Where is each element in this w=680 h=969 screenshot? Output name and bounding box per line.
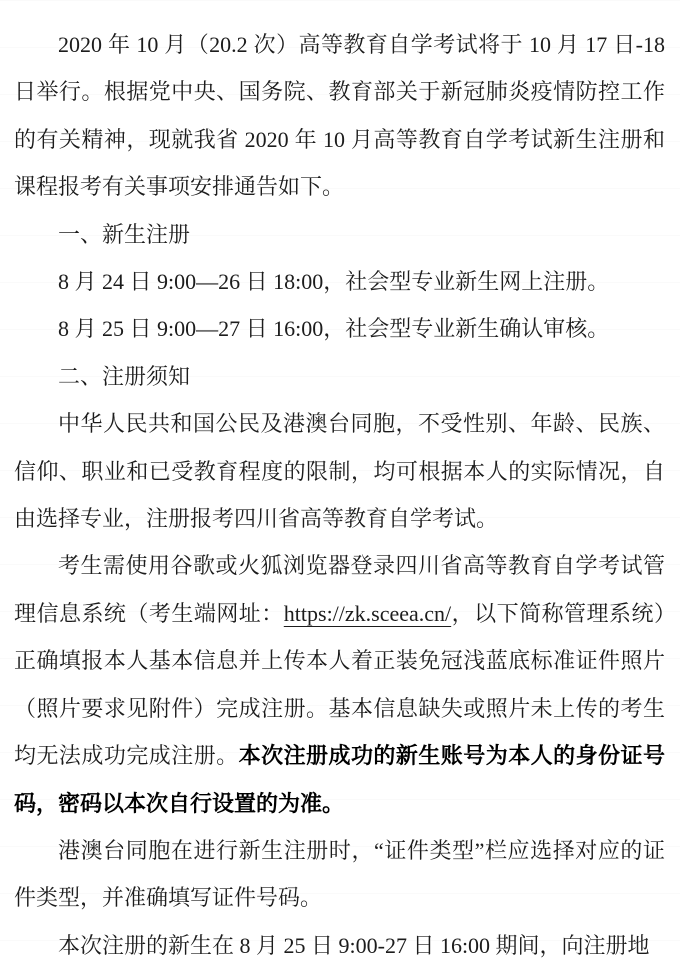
section-1-heading: 一、新生注册 <box>14 211 665 258</box>
paragraph-registration-process: 考生需使用谷歌或火狐浏览器登录四川省高等教育自学考试管理信息系统（考生端网址：h… <box>14 542 665 826</box>
section-2-heading-text: 二、注册须知 <box>58 364 190 389</box>
paragraph-hmt-certificate: 港澳台同胞在进行新生注册时，“证件类型”栏应选择对应的证件类型，并准确填写证件号… <box>14 827 665 922</box>
intro-text: 2020 年 10 月（20.2 次）高等教育自学考试将于 10 月 17 日-… <box>14 32 665 199</box>
paragraph-confirmation-review-window: 8 月 25 日 9:00—27 日 16:00，社会型专业新生确认审核。 <box>14 305 665 352</box>
paragraph-online-registration-window: 8 月 24 日 9:00—26 日 18:00，社会型专业新生网上注册。 <box>14 258 665 305</box>
section-2-heading: 二、注册须知 <box>14 353 665 400</box>
eligibility-text: 中华人民共和国公民及港澳台同胞，不受性别、年龄、民族、信仰、职业和已受教育程度的… <box>14 411 665 531</box>
paragraph-eligibility: 中华人民共和国公民及港澳台同胞，不受性别、年龄、民族、信仰、职业和已受教育程度的… <box>14 400 665 542</box>
online-registration-window-text: 8 月 24 日 9:00—26 日 18:00，社会型专业新生网上注册。 <box>58 269 609 294</box>
paragraph-intro: 2020 年 10 月（20.2 次）高等教育自学考试将于 10 月 17 日-… <box>14 21 665 211</box>
final-partial-text: 本次注册的新生在 8 月 25 日 9:00-27 日 16:00 期间，向注册… <box>58 933 650 958</box>
document-page: 2020 年 10 月（20.2 次）高等教育自学考试将于 10 月 17 日-… <box>0 0 680 969</box>
hmt-certificate-text: 港澳台同胞在进行新生注册时，“证件类型”栏应选择对应的证件类型，并准确填写证件号… <box>14 838 665 910</box>
confirmation-review-window-text: 8 月 25 日 9:00—27 日 16:00，社会型专业新生确认审核。 <box>58 316 609 341</box>
sceea-portal-link[interactable]: https://zk.sceea.cn/ <box>284 601 451 626</box>
paragraph-final-partial: 本次注册的新生在 8 月 25 日 9:00-27 日 16:00 期间，向注册… <box>14 922 665 969</box>
section-1-heading-text: 一、新生注册 <box>58 222 190 247</box>
